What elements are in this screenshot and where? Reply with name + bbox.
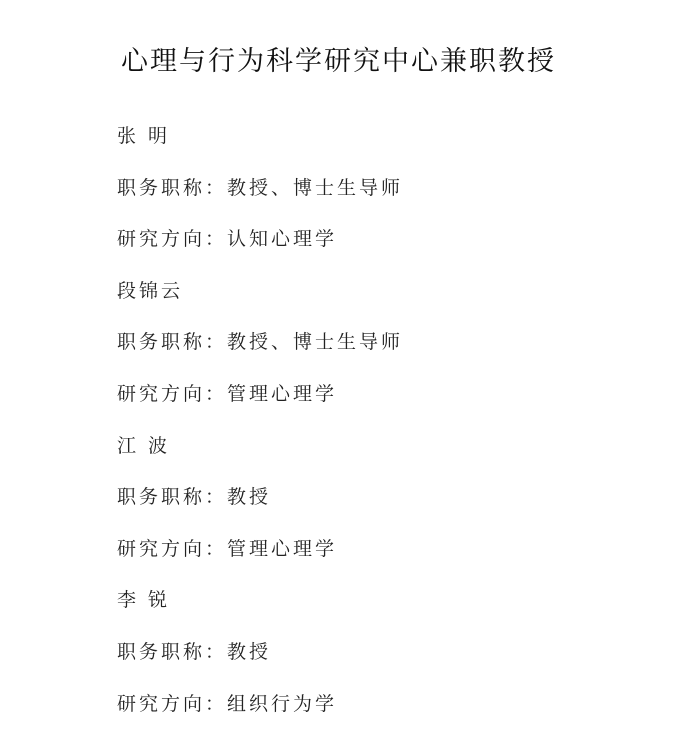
professor-entry: 江 波 职务职称：教授 研究方向：管理心理学 bbox=[117, 432, 657, 587]
research-line: 研究方向：认知心理学 bbox=[117, 225, 657, 277]
research-label: 研究方向： bbox=[117, 383, 227, 405]
research-line: 研究方向：管理心理学 bbox=[117, 380, 657, 432]
position-line: 职务职称：教授 bbox=[117, 483, 657, 535]
research-label: 研究方向： bbox=[117, 538, 227, 560]
position-label: 职务职称： bbox=[117, 641, 227, 663]
professor-list: 张 明 职务职称：教授、博士生导师 研究方向：认知心理学 段锦云 职务职称：教授… bbox=[117, 122, 657, 741]
professor-entry: 李 锐 职务职称：教授 研究方向：组织行为学 bbox=[117, 586, 657, 741]
page-title: 心理与行为科学研究中心兼职教授 bbox=[0, 44, 677, 80]
position-value: 教授、博士生导师 bbox=[227, 331, 403, 353]
position-label: 职务职称： bbox=[117, 486, 227, 508]
position-label: 职务职称： bbox=[117, 177, 227, 199]
research-label: 研究方向： bbox=[117, 228, 227, 250]
professor-name: 李 锐 bbox=[117, 586, 657, 638]
professor-name: 段锦云 bbox=[117, 277, 657, 329]
research-value: 认知心理学 bbox=[227, 228, 337, 250]
research-line: 研究方向：管理心理学 bbox=[117, 535, 657, 587]
research-value: 组织行为学 bbox=[227, 693, 337, 715]
position-value: 教授 bbox=[227, 486, 271, 508]
position-value: 教授 bbox=[227, 641, 271, 663]
research-line: 研究方向：组织行为学 bbox=[117, 690, 657, 742]
position-label: 职务职称： bbox=[117, 331, 227, 353]
research-value: 管理心理学 bbox=[227, 383, 337, 405]
position-line: 职务职称：教授、博士生导师 bbox=[117, 174, 657, 226]
position-line: 职务职称：教授 bbox=[117, 638, 657, 690]
professor-name: 江 波 bbox=[117, 432, 657, 484]
position-line: 职务职称：教授、博士生导师 bbox=[117, 328, 657, 380]
research-value: 管理心理学 bbox=[227, 538, 337, 560]
position-value: 教授、博士生导师 bbox=[227, 177, 403, 199]
research-label: 研究方向： bbox=[117, 693, 227, 715]
professor-entry: 张 明 职务职称：教授、博士生导师 研究方向：认知心理学 bbox=[117, 122, 657, 277]
professor-entry: 段锦云 职务职称：教授、博士生导师 研究方向：管理心理学 bbox=[117, 277, 657, 432]
professor-name: 张 明 bbox=[117, 122, 657, 174]
